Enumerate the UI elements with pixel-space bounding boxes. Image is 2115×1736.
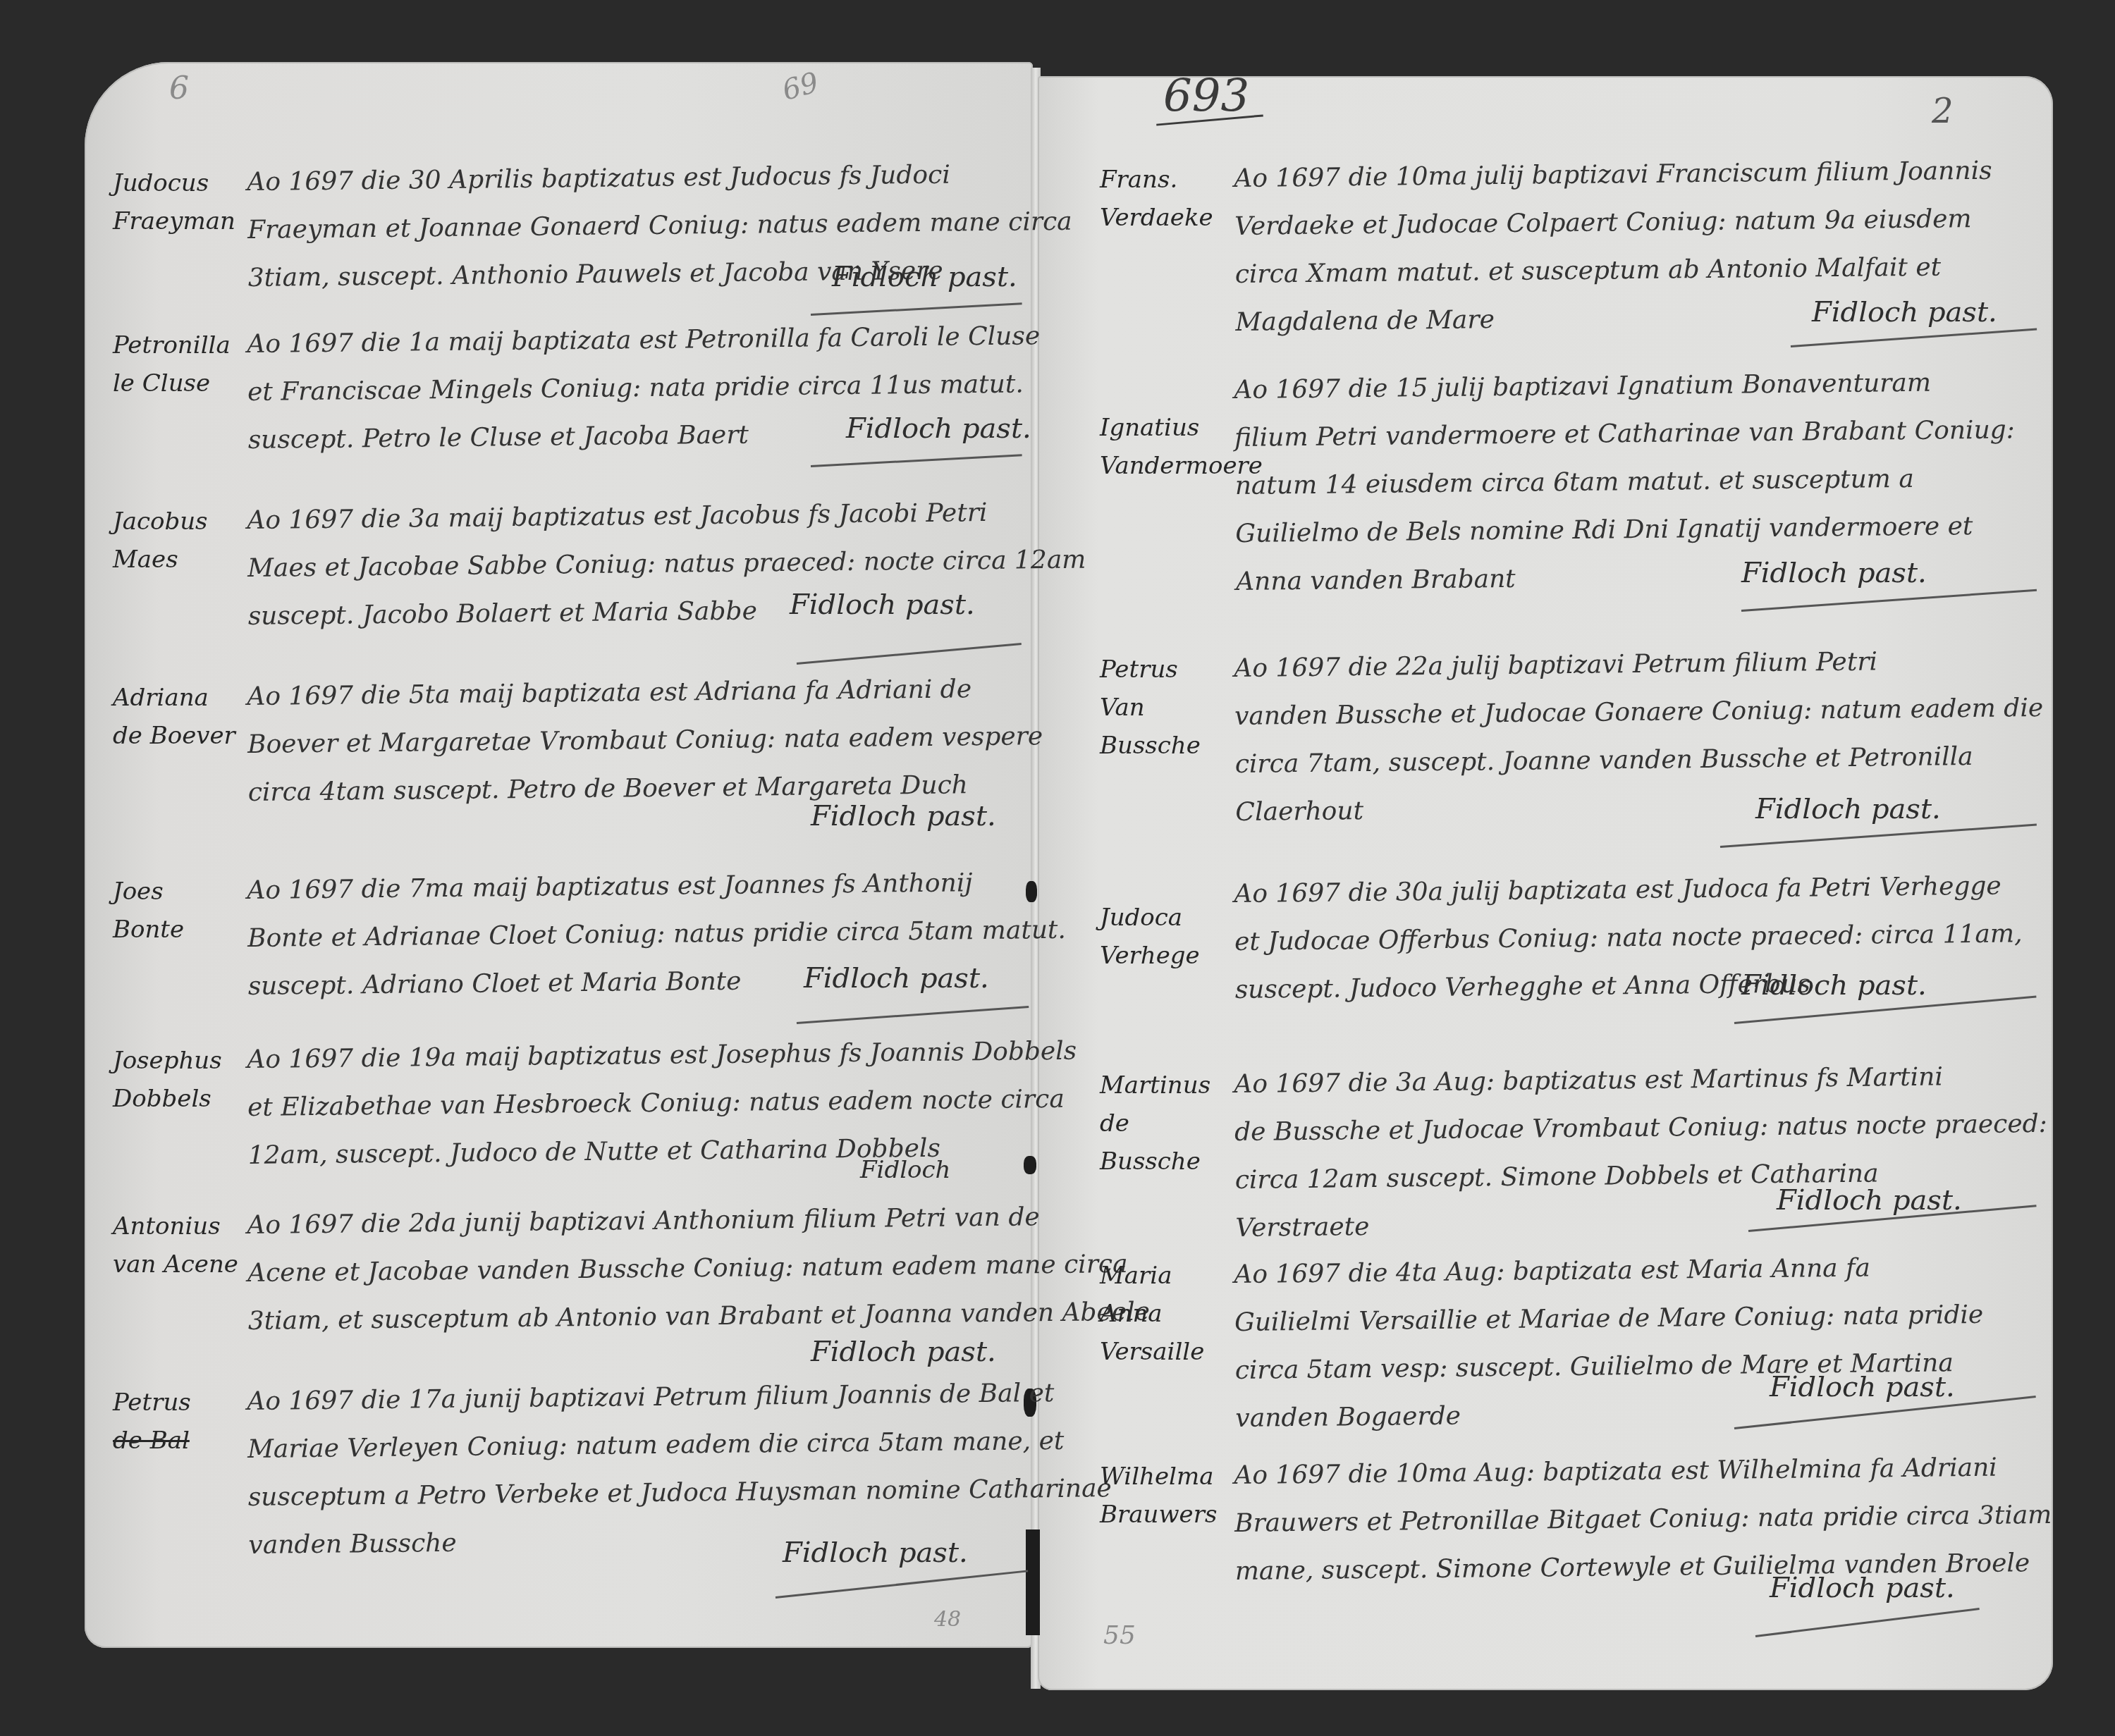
margin-name: Frans. Verdaeke — [1100, 155, 1234, 347]
margin-name: Judocus Fraeyman — [113, 159, 247, 302]
pastor-signature: Fidloch past. — [1755, 793, 1941, 825]
margin-name: Petrus de Bal — [113, 1378, 247, 1570]
margin-name: Maria Anna Versaille — [1100, 1251, 1234, 1443]
baptism-entry: Antonius van Acene Ao 1697 die 2da junij… — [113, 1202, 1029, 1346]
right-corner-mark: 2 — [1932, 92, 1954, 131]
pastor-signature: Fidloch past. — [783, 1537, 968, 1569]
margin-name: Ignatius Vandermoere — [1100, 367, 1234, 606]
margin-name: Adriana de Boever — [113, 673, 247, 817]
pastor-signature: Fidloch past. — [1770, 1371, 1955, 1403]
margin-name: Jacobus Maes — [113, 497, 247, 641]
baptism-entry: Martinus de Bussche Ao 1697 die 3a Aug: … — [1100, 1061, 2037, 1252]
pastor-signature: Fidloch — [860, 1156, 951, 1184]
margin-name: Joes Bonte — [113, 867, 247, 1011]
pastor-signature: Fidloch past. — [1812, 296, 1997, 328]
entry-text: Ao 1697 die 2da junij baptizavi Anthoniu… — [247, 1193, 1150, 1346]
baptism-entry: Adriana de Boever Ao 1697 die 5ta maij b… — [113, 673, 1029, 817]
faint-folio-mark: 6 — [169, 70, 189, 106]
left-bottom-number: 48 — [934, 1607, 961, 1632]
entry-text: Ao 1697 die 5ta maij baptizata est Adria… — [247, 665, 1043, 817]
margin-name: Judoca Verhege — [1100, 870, 1234, 1014]
pastor-signature: Fidloch past. — [846, 412, 1031, 445]
pastor-signature: Fidloch past. — [1741, 969, 1927, 1002]
entry-text: Ao 1697 die 19a maij baptizatus est Jose… — [247, 1028, 1078, 1180]
baptism-entry: Maria Anna Versaille Ao 1697 die 4ta Aug… — [1100, 1251, 2037, 1443]
right-bottom-number: 55 — [1103, 1621, 1136, 1650]
margin-name: Petronilla le Cluse — [113, 321, 247, 464]
folio-number: 693 — [1163, 70, 1249, 123]
margin-name: Petrus Van Bussche — [1100, 645, 1234, 837]
pastor-signature: Fidloch past. — [811, 800, 996, 832]
pastor-signature: Fidloch past. — [790, 589, 975, 621]
margin-name: Wilhelma Brauwers — [1100, 1452, 1234, 1596]
pastor-signature: Fidloch past. — [1770, 1572, 1955, 1604]
entry-text: Ao 1697 die 4ta Aug: baptizata est Maria… — [1234, 1243, 2040, 1443]
margin-name: Martinus de Bussche — [1100, 1061, 1234, 1252]
margin-name: Antonius van Acene — [113, 1202, 247, 1346]
pastor-signature: Fidloch past. — [1741, 557, 1927, 589]
pastor-signature: Fidloch past. — [804, 962, 989, 995]
pastor-signature: Fidloch past. — [811, 1336, 996, 1368]
entry-text: Ao 1697 die 3a Aug: baptizatus est Marti… — [1234, 1052, 2049, 1252]
pastor-signature: Fidloch past. — [832, 261, 1017, 293]
pastor-signature: Fidloch past. — [1777, 1184, 1962, 1217]
margin-name: Josephus Dobbels — [113, 1036, 247, 1180]
entry-text: Ao 1697 die 17a junij baptizavi Petrum f… — [247, 1369, 1112, 1570]
